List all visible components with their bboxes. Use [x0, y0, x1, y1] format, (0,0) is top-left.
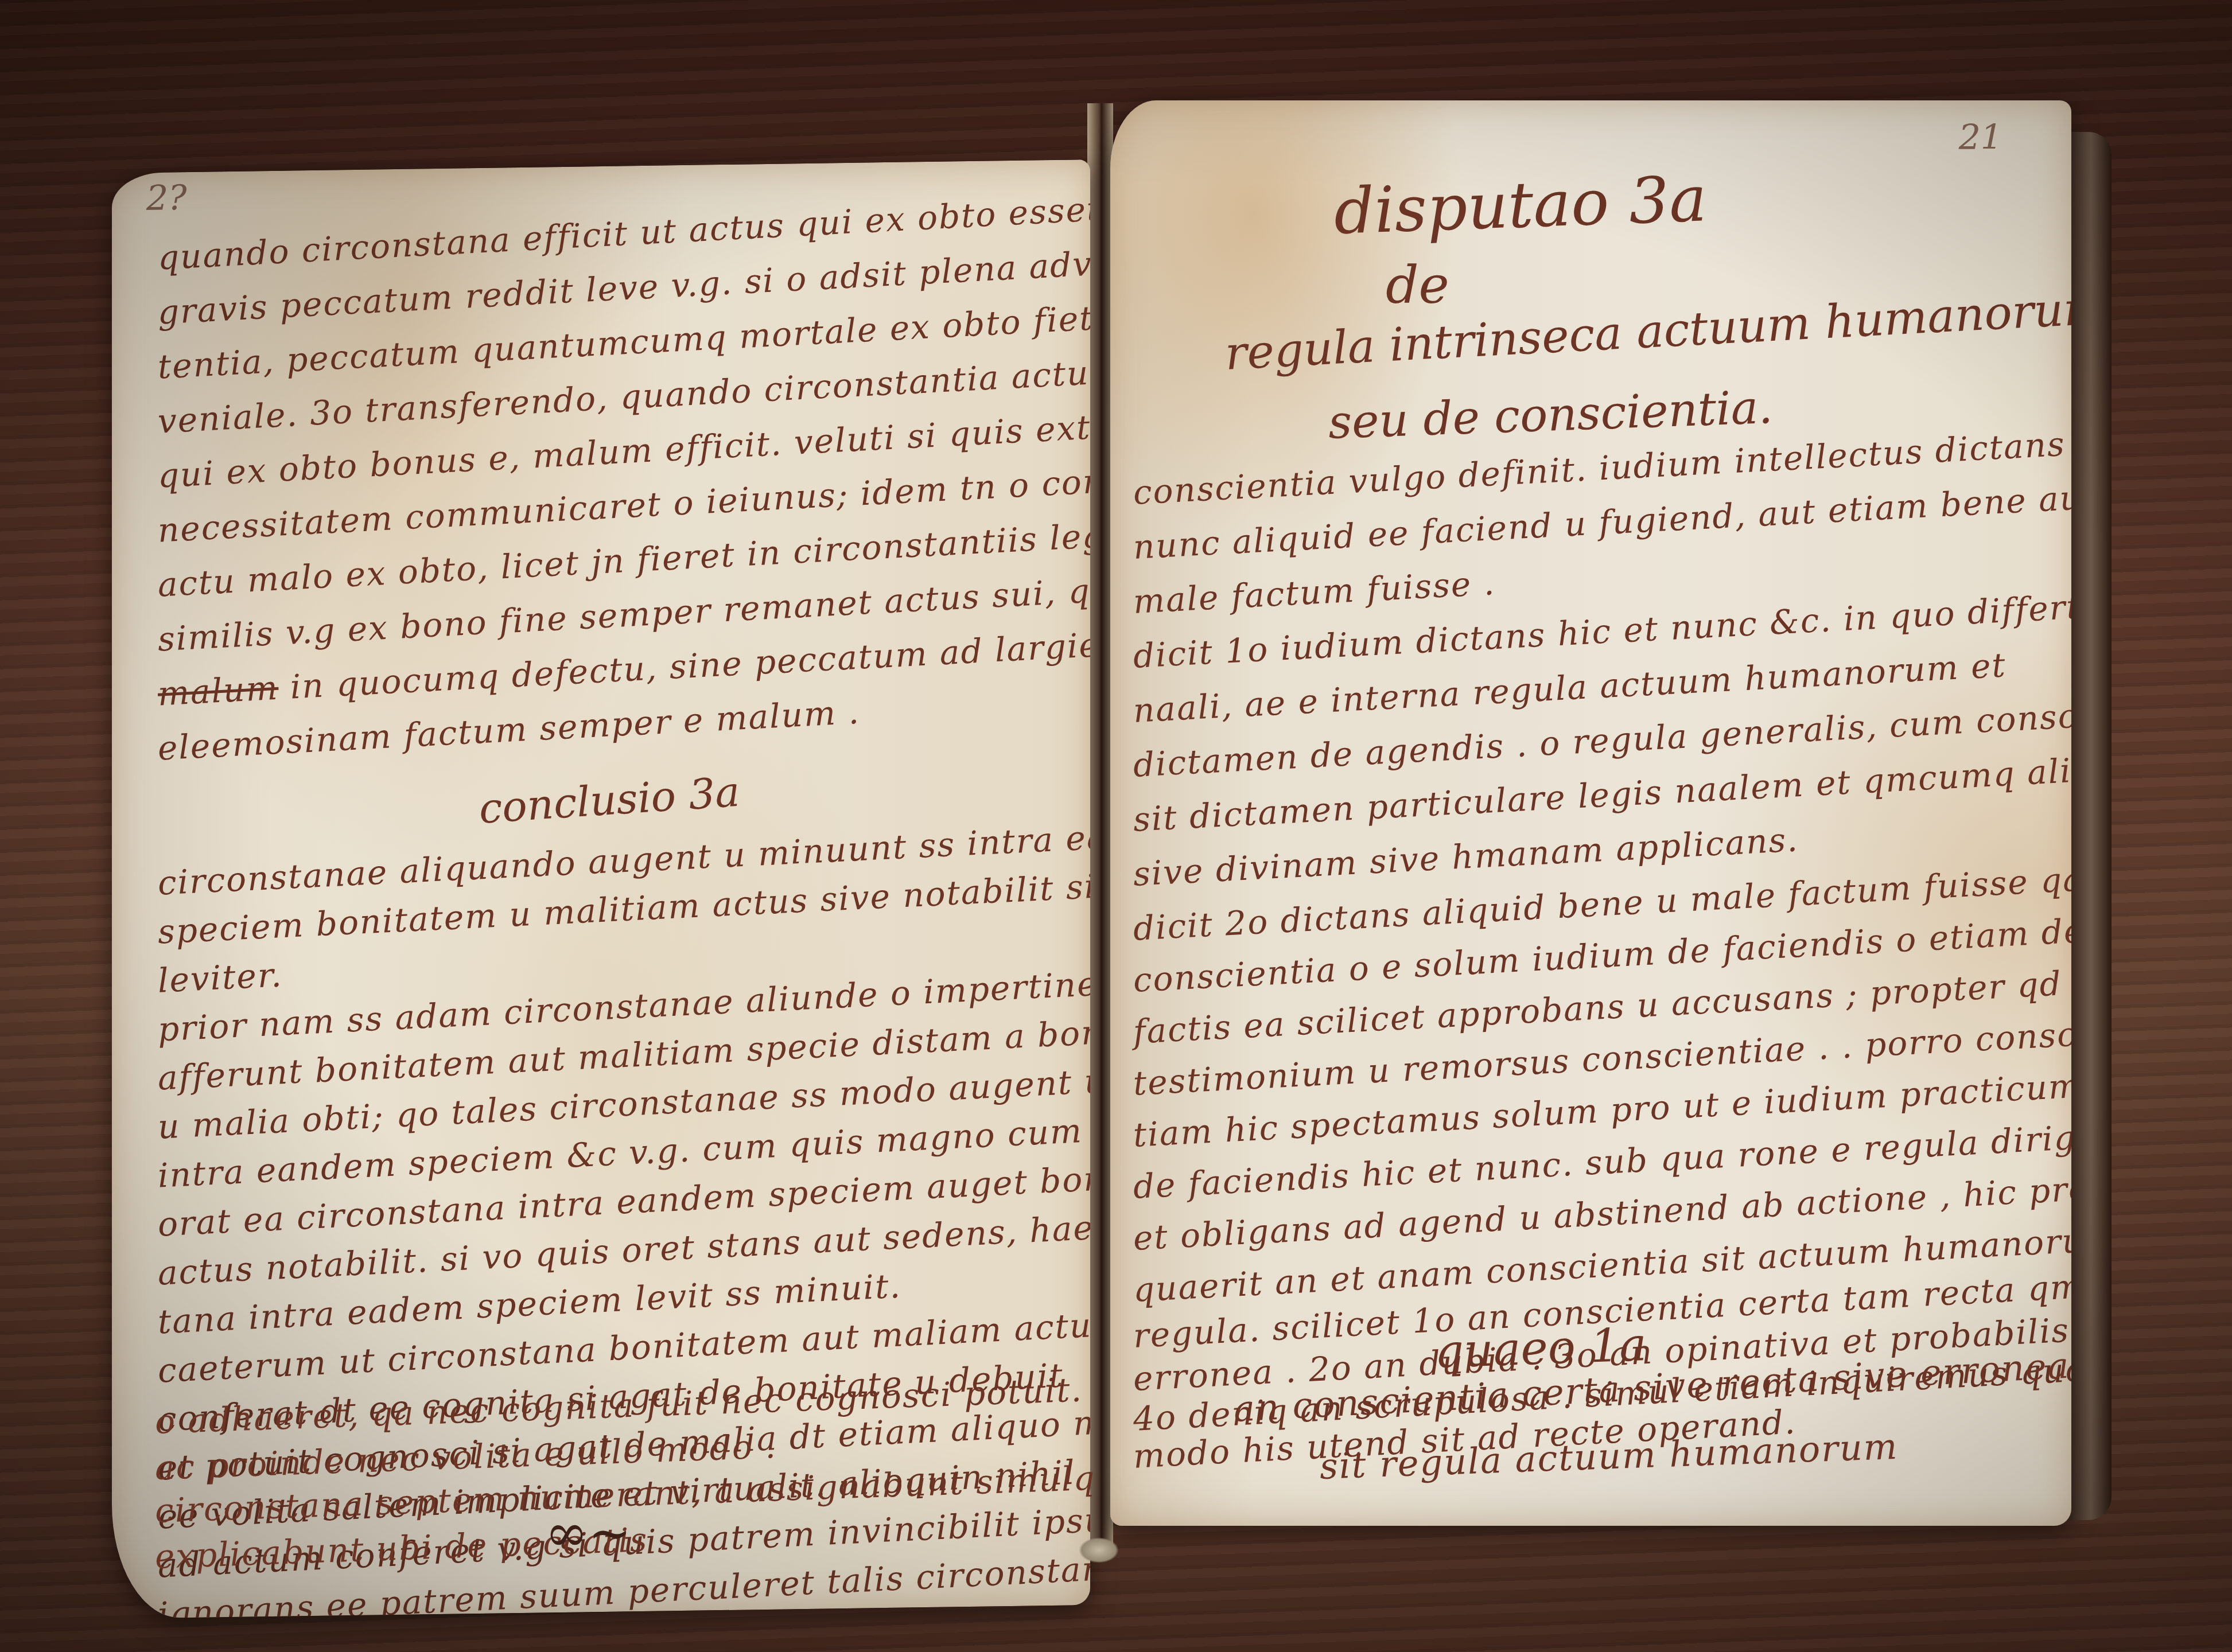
section-heading-conclusio: conclusio 3a	[478, 767, 741, 833]
struck-word: malum	[157, 668, 279, 714]
text-line: leviter.	[157, 955, 283, 1000]
end-flourish-mark: ∞~	[545, 1503, 631, 1563]
disputatio-subtitle: seu de conscientia.	[1327, 380, 1774, 449]
disputatio-de: de	[1386, 255, 1449, 315]
disputatio-title: disputao 3a	[1333, 162, 1708, 248]
right-page-text: disputao 3a de regula intrinseca actuum …	[1110, 100, 2071, 1526]
dead-insect-debris	[1079, 1537, 1119, 1563]
book-spine-gutter	[1087, 103, 1113, 1549]
disputatio-subject: regula intrinseca actuum humanorum	[1224, 281, 2071, 380]
right-page: 21 disputao 3a de regula intrinseca actu…	[1110, 100, 2071, 1526]
text-line: male factum fuisse .	[1132, 563, 1496, 621]
